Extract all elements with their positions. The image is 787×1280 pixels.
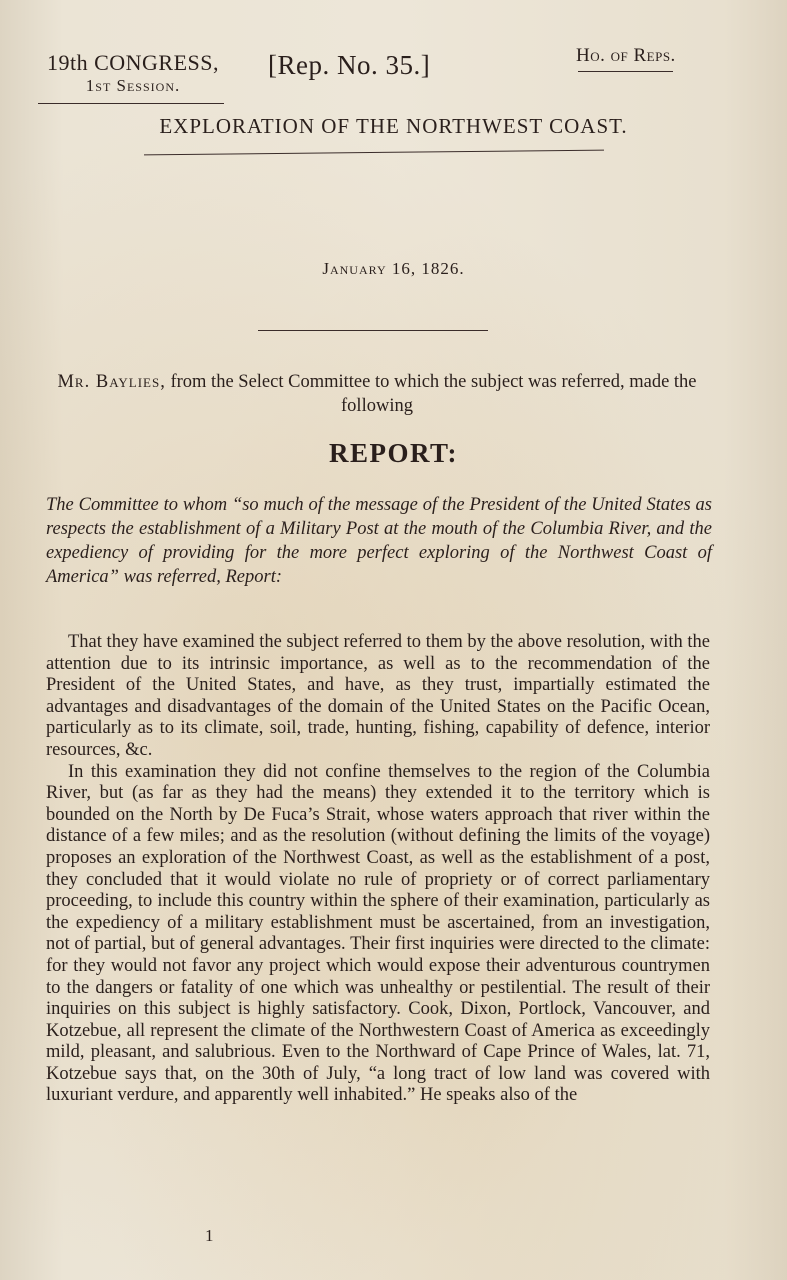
document-title: EXPLORATION OF THE NORTHWEST COAST. (0, 114, 787, 139)
intro-text: from the Select Committee to which the s… (166, 372, 697, 416)
report-heading: REPORT: (0, 438, 787, 469)
document-page: 19th CONGRESS, 1st Session. [Rep. No. 35… (0, 0, 787, 1280)
presenter-name: Mr. Baylies, (57, 372, 165, 392)
session-label: 1st Session. (38, 76, 228, 96)
document-date: January 16, 1826. (0, 259, 787, 279)
chamber-label: Ho. of Reps. (576, 45, 676, 67)
header-left-rule (38, 103, 224, 104)
paragraph: That they have examined the subject refe… (46, 632, 710, 762)
date-rule (258, 330, 488, 331)
report-number: [Rep. No. 35.] (268, 50, 430, 81)
report-body: That they have examined the subject refe… (46, 632, 710, 1107)
congress-session-block: 19th CONGRESS, 1st Session. (38, 50, 228, 96)
intro-statement: Mr. Baylies, from the Select Committee t… (42, 370, 712, 418)
congress-label: 19th CONGRESS, (38, 50, 228, 76)
paragraph: In this examination they did not confine… (46, 762, 710, 1108)
header-right-rule (578, 71, 673, 72)
title-rule (144, 150, 604, 156)
committee-preamble: The Committee to whom “so much of the me… (46, 493, 712, 589)
page-number: 1 (205, 1226, 214, 1246)
